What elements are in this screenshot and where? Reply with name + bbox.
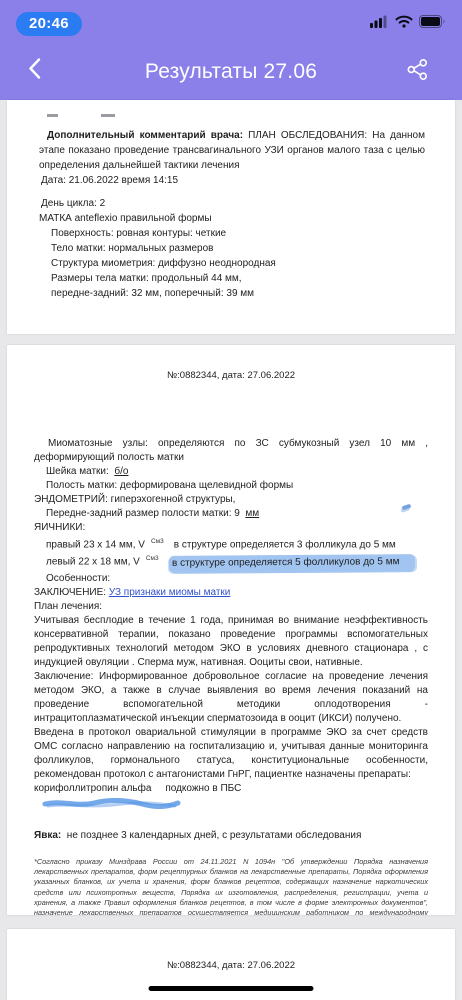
cervix-line: Шейка матки: б/о [34,465,428,479]
conclusion-link[interactable]: УЗ признаки миомы матки [109,587,231,598]
left-ovary-unit: См3 [146,555,159,562]
doctor-comment-paragraph: Дополнительный комментарий врача: ПЛАН О… [39,128,425,173]
cervix-value: б/о [114,466,128,477]
right-ovary-measure: правый 23 х 14 мм, V [46,539,145,550]
document-card-2[interactable]: №:0882344, дата: 27.06.2022 Миоматозные … [7,345,455,915]
status-bar: 20:46 [0,0,462,44]
right-ovary-follicles: в структуре определяется 3 фолликула до … [174,539,396,550]
back-button[interactable] [22,58,48,84]
left-ovary-follicles-highlighted: в структуре определяется 5 фолликулов до… [169,554,416,573]
document-card-1[interactable]: Дополнительный комментарий врача: ПЛАН О… [7,100,455,334]
myoma-nodes-paragraph: Миоматозные узлы: определяются по ЗС суб… [34,437,428,465]
exam-date-line: Дата: 21.06.2022 время 14:15 [39,173,425,188]
cellular-signal-icon [370,15,389,33]
ovaries-title: ЯИЧНИКИ: [34,521,428,535]
treatment-plan-paragraph-2: Заключение: Информированное добровольное… [34,670,428,726]
cervix-label: Шейка матки: [46,466,109,477]
treatment-plan-title: План лечения: [34,600,428,614]
nav-bar: Результаты 27.06 [0,44,462,100]
pen-scribble [42,798,428,814]
cycle-day-line: День цикла: 2 [39,196,425,211]
surface-line: Поверхность: ровная контуры: четкие [39,226,425,241]
home-indicator[interactable] [149,986,314,992]
uterus-sizes-line-1: Размеры тела матки: продольный 44 мм, [39,271,425,286]
right-ovary-line: правый 23 х 14 мм, VСм3в структуре опред… [34,535,428,552]
features-line: Особенности: [34,572,428,586]
treatment-plan-paragraph-1: Учитывая бесплодие в течение 1 года, при… [34,614,428,670]
phone-screen: 20:46 [0,0,462,1000]
cavity-size-unit: мм [245,508,259,519]
chevron-left-icon [29,58,41,84]
doctor-comment-label: Дополнительный комментарий врача: [47,130,243,141]
conclusion-line: ЗАКЛЮЧЕНИЕ: УЗ признаки миомы матки [34,586,428,600]
document-number-3: №:0882344, дата: 27.06.2022 [7,959,455,973]
clipped-text-remnant [39,114,425,118]
share-nodes-icon [406,58,429,86]
conclusion-label: ЗАКЛЮЧЕНИЕ: [34,587,106,598]
uterine-cavity-line: Полость матки: деформирована щелевидной … [34,479,428,493]
cavity-size-line: Передне-задний размер полости матки: 9 м… [34,507,428,521]
right-ovary-unit: См3 [151,538,164,545]
wifi-icon [395,15,413,33]
document-number: №:0882344, дата: 27.06.2022 [34,369,428,383]
visit-text: не позднее 3 календарных дней, с результ… [61,830,361,841]
share-button[interactable] [404,59,430,85]
battery-icon [419,15,446,33]
myometrium-line: Структура миометрия: диффузно неоднородн… [39,256,425,271]
uterus-sizes-line-2: передне-задний: 32 мм, поперечный: 39 мм [39,286,425,301]
visit-line: Явка: не позднее 3 календарных дней, с р… [34,829,428,843]
left-ovary-line: левый 22 х 18 мм, VСм3в структуре опреде… [34,552,428,571]
legal-fine-print: *Согласно приказу Минздрава России от 24… [34,857,428,915]
status-time: 20:46 [16,12,82,36]
left-ovary-measure: левый 22 х 18 мм, V [46,557,140,568]
uterus-line: МАТКА anteflexio правильной формы [39,211,425,226]
page-title: Результаты 27.06 [0,60,462,84]
endometrium-line: ЭНДОМЕТРИЙ: гиперэхогенной структуры, [34,493,428,507]
uterus-body-line: Тело матки: нормальных размеров [39,241,425,256]
cavity-size-label: Передне-задний размер полости матки: 9 [46,508,240,519]
visit-label: Явка: [34,830,61,841]
medication-line: корифоллитропин альфа подкожно в ПБС [34,782,428,796]
status-icons [370,15,446,33]
treatment-plan-paragraph-3: Введена в протокол овариальной стимуляци… [34,726,428,782]
